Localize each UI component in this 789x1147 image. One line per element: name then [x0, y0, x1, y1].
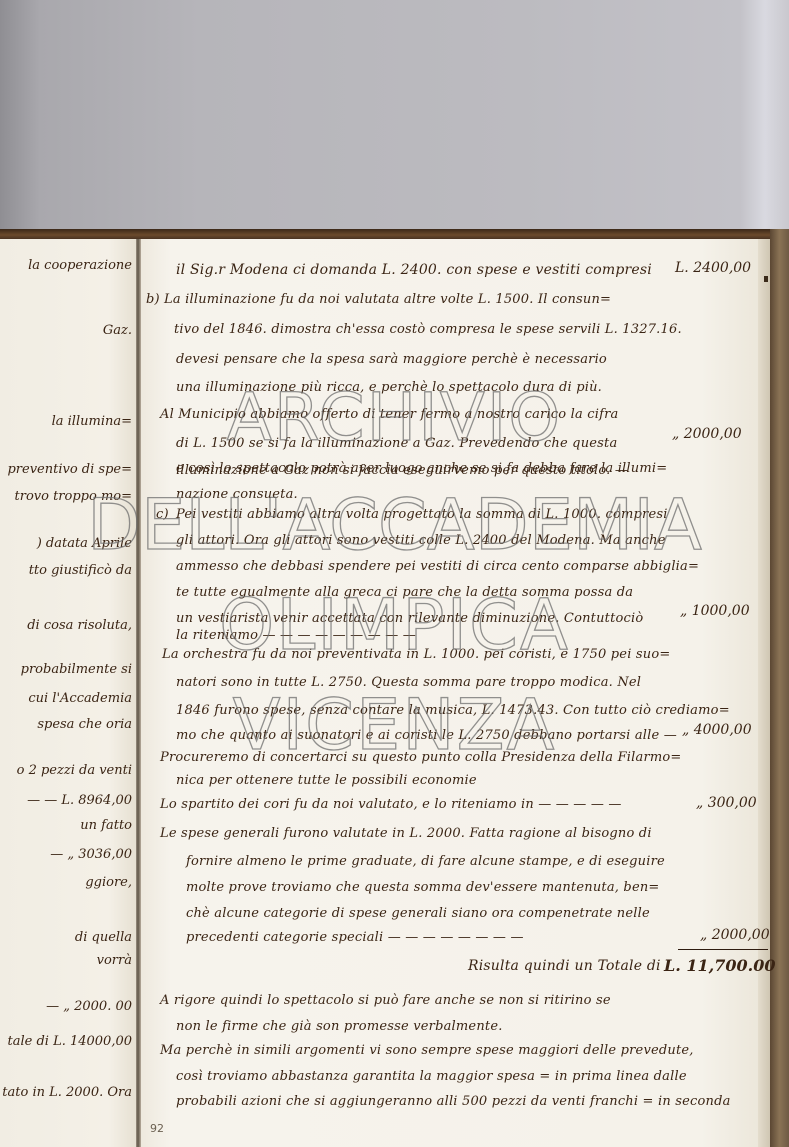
left-page-fragment: ggiore,: [85, 875, 132, 890]
entry-marker: c): [156, 507, 169, 522]
entry-line: chè alcune categorie di spese generali s…: [186, 906, 650, 921]
entry-line: natori sono in tutte L. 2750. Questa som…: [176, 675, 641, 690]
entry-line: il Sig.r Modena ci domanda L. 2400. con …: [176, 262, 652, 278]
left-page-fragment: Gaz.: [103, 323, 132, 338]
left-page-fragment: cui l'Accademia: [28, 691, 132, 706]
entry-amount: „ 2000,00: [672, 426, 742, 442]
page-stack-edge: [758, 239, 770, 1147]
left-page-fragment: la cooperazione: [28, 258, 132, 273]
entry-line: gli attori. Ora gli attori sono vestiti …: [176, 533, 666, 548]
entry-amount: „ 2000,00: [700, 927, 770, 943]
entry-line: te tutte egualmente alla greca ci pare c…: [176, 585, 633, 600]
left-page-fragment: la illumina=: [52, 414, 132, 429]
closing-line: Ma perchè in simili argomenti vi sono se…: [160, 1043, 694, 1058]
left-page-fragment: tato in L. 2000. Ora: [2, 1085, 132, 1100]
left-page-fragment: di quella: [75, 930, 132, 945]
closing-line: A rigore quindi lo spettacolo si può far…: [160, 993, 611, 1008]
left-page-fragment: tale di L. 14000,00: [8, 1034, 133, 1049]
entry-line: 1846 furono spese, senza contare la musi…: [176, 703, 730, 718]
scanner-backdrop: [0, 0, 789, 240]
left-page-fragment: vorrà: [97, 953, 132, 968]
left-page-fragment: trovo troppo mo=: [15, 489, 132, 504]
entry-line: nica per ottenere tutte le possibili eco…: [176, 773, 477, 788]
left-page-fragment: — — L. 8964,00: [27, 793, 132, 808]
left-page-fragment: probabilmente si: [21, 662, 132, 677]
left-page-fragment: ) datata Aprile: [37, 536, 132, 551]
left-page-fragment: preventivo di spe=: [7, 462, 132, 477]
left-page-fragment: o 2 pezzi da venti: [17, 763, 132, 778]
entry-line: tivo del 1846. dimostra ch'essa costò co…: [174, 322, 682, 337]
entry-line: un vestiarista venir accettata con rilev…: [176, 611, 643, 626]
closing-line: probabili azioni che si aggiungeranno al…: [176, 1094, 731, 1109]
entry-amount: „ 300,00: [696, 795, 757, 811]
left-page-fragment: tto giustificò da: [29, 563, 132, 578]
left-page-fragment: — „ 3036,00: [50, 847, 132, 862]
entry-line: La illuminazione fu da noi valutata altr…: [164, 292, 611, 307]
entry-line: ammesso che debbasi spendere pei vestiti…: [176, 559, 699, 574]
entry-line: Procureremo di concertarci su questo pun…: [160, 750, 682, 765]
left-page-fragment: di cosa risoluta,: [27, 618, 132, 633]
entry-line: Le spese generali furono valutate in L. …: [160, 826, 652, 841]
right-page: [141, 239, 758, 1147]
entry-line: una illuminazione più ricca, e perchè lo…: [176, 380, 602, 395]
total-amount: L. 11,700.00: [664, 956, 775, 975]
entry-amount: „ 4000,00: [682, 722, 752, 738]
entry-line: Pei vestiti abbiamo altra volta progetta…: [176, 507, 668, 522]
closing-line: così troviamo abbastanza garantita la ma…: [176, 1069, 687, 1084]
entry-line: di L. 1500 se si fa la illuminazione a G…: [176, 436, 617, 451]
entry-line: mo che quanto ai suonatori e ai coristi …: [176, 728, 677, 743]
total-label: Risulta quindi un Totale di: [468, 958, 661, 974]
entry-line: nazione consueta.: [176, 487, 298, 502]
closing-line: non le firme che già son promesse verbal…: [176, 1019, 503, 1034]
left-page-fragment: un fatto: [80, 818, 132, 833]
total-rule: [678, 949, 768, 950]
book-cover-edge: [770, 229, 789, 1147]
entry-line: e così lo spettacolo potrà aver luogo an…: [176, 461, 667, 476]
entry-line: precedenti categorie speciali — — — — — …: [186, 930, 524, 945]
entry-line: molte prove troviamo che questa somma de…: [186, 880, 660, 895]
entry-line: Al Municipio abbiamo offerto di tener fe…: [160, 407, 619, 422]
entry-line: fornire almeno le prime graduate, di far…: [186, 854, 665, 869]
entry-amount: „ 1000,00: [680, 603, 750, 619]
entry-amount: L. 2400,00: [675, 260, 751, 276]
left-page-fragment: spesa che oria: [37, 717, 132, 732]
margin-mark: [764, 276, 768, 282]
left-page-fragment: — „ 2000. 00: [46, 999, 132, 1014]
book-top-edge: [0, 229, 779, 239]
page-number: 92: [150, 1122, 164, 1135]
entry-line: devesi pensare che la spesa sarà maggior…: [176, 352, 607, 367]
entry-marker: b): [146, 292, 160, 307]
entry-line: Lo spartito dei cori fu da noi valutato,…: [160, 797, 622, 812]
entry-line: La orchestra fu da noi preventivata in L…: [162, 647, 670, 662]
entry-line: la riteniamo — — — — — — — — —: [176, 628, 416, 643]
